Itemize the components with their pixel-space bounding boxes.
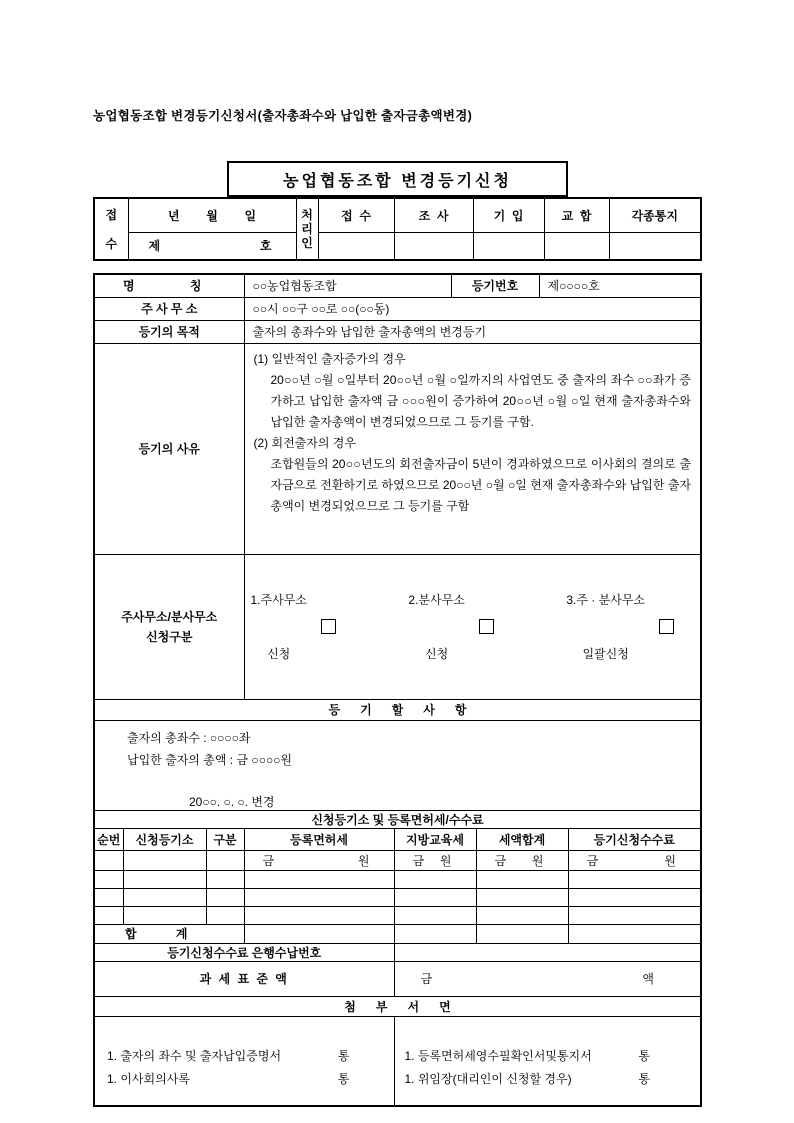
fee-col-tax-total: 세액합계 bbox=[476, 828, 568, 850]
fee-section-title: 신청등기소 및 등록면허세/수수료 bbox=[94, 810, 701, 828]
form-title-box: 농업협동조합 변경등기신청 bbox=[227, 161, 568, 197]
receipt-date-cell: 년 월 일 bbox=[128, 198, 296, 232]
registration-matters-content: 출자의 총좌수 : ○○○○좌 납입한 출자의 총액 : 금 ○○○○원 20○… bbox=[94, 720, 701, 810]
stamp-receipt-blank bbox=[318, 232, 394, 260]
attachment-item: 1. 위임장(대리인이 신청할 경우) 통 bbox=[405, 1068, 651, 1091]
total-shares-line: 출자의 총좌수 : ○○○○좌 bbox=[127, 727, 700, 749]
fee-total-label: 합 계 bbox=[94, 924, 244, 943]
office-label: 주 사 무 소 bbox=[94, 297, 244, 320]
total-license-tax-blank bbox=[244, 924, 394, 943]
license-tax-unit: 금 원 bbox=[244, 850, 394, 870]
fee-col-license-tax: 등록면허세 bbox=[244, 828, 394, 850]
reason-item-1: (1) 일반적인 출자증가의 경우 20○○년 ○월 ○일부터 20○○년 ○월… bbox=[254, 349, 692, 433]
stamp-col-review: 조 사 bbox=[394, 198, 473, 232]
fee-type-blank bbox=[206, 850, 244, 870]
stamp-notices-blank bbox=[609, 232, 701, 260]
stamp-check-blank bbox=[544, 232, 609, 260]
option-main-office: 1.주사무소 신청 bbox=[251, 555, 336, 699]
attachment-item: 1. 등록면허세영수필확인서및통지서 통 bbox=[405, 1045, 651, 1068]
application-table: 명 칭 ○○농업협동조합 등기번호 제○○○○호 주 사 무 소 ○○시 ○○구… bbox=[93, 273, 702, 1107]
option-both-offices: 3.주 · 분사무소 일괄신청 bbox=[566, 555, 674, 699]
handler-vertical-label: 처 리 인 bbox=[296, 198, 318, 260]
fee-empty-row bbox=[94, 870, 701, 888]
attachments-header: 첨 부 서 면 bbox=[94, 996, 701, 1016]
application-fee-unit: 금 원 bbox=[568, 850, 701, 870]
registration-matters-header: 등 기 할 사 항 bbox=[94, 699, 701, 720]
change-date-line: 20○○. ○. ○. 변경 bbox=[189, 793, 700, 810]
stamp-col-entry: 기 입 bbox=[473, 198, 544, 232]
paid-amount-line: 납입한 출자의 총액 : 금 ○○○○원 bbox=[127, 749, 700, 771]
fee-empty-row bbox=[94, 906, 701, 924]
stamp-review-blank bbox=[394, 232, 473, 260]
checkbox-main-office[interactable] bbox=[321, 619, 336, 634]
office-type-label: 주사무소/분사무소 신청구분 bbox=[94, 554, 244, 699]
receipt-stamp-table: 접 수 년 월 일 처 리 인 접 수 조 사 기 입 교 합 각종통지 제 호 bbox=[93, 197, 702, 261]
purpose-label: 등기의 목적 bbox=[94, 320, 244, 343]
fee-col-edu-tax: 지방교육세 bbox=[394, 828, 476, 850]
tax-total-unit: 금 원 bbox=[476, 850, 568, 870]
fee-no-blank bbox=[94, 850, 123, 870]
total-edu-tax-blank bbox=[394, 924, 476, 943]
attachments-left: 1. 출자의 좌수 및 출자납입증명서 통 1. 이사회의사록 통 bbox=[94, 1016, 394, 1106]
checkbox-both-offices[interactable] bbox=[659, 619, 674, 634]
edu-tax-unit: 금 원 bbox=[394, 850, 476, 870]
name-label: 명 칭 bbox=[94, 274, 244, 297]
fee-col-type: 구분 bbox=[206, 828, 244, 850]
regno-label: 등기번호 bbox=[451, 274, 539, 297]
stamp-col-check: 교 합 bbox=[544, 198, 609, 232]
total-fee-blank bbox=[568, 924, 701, 943]
name-value: ○○농업협동조합 bbox=[244, 274, 451, 297]
reason-content: (1) 일반적인 출자증가의 경우 20○○년 ○월 ○일부터 20○○년 ○월… bbox=[244, 343, 701, 554]
bank-receipt-blank bbox=[394, 943, 701, 961]
total-tax-blank bbox=[476, 924, 568, 943]
form-page: 농업협동조합 변경등기신청서(출자총좌수와 납입한 출자금총액변경) 농업협동조… bbox=[0, 0, 794, 1123]
bank-receipt-label: 등기신청수수료 은행수납번호 bbox=[94, 943, 394, 961]
office-type-options: 1.주사무소 신청 2.분사무소 신청 3. bbox=[244, 554, 701, 699]
receipt-vertical-label: 접 수 bbox=[94, 198, 128, 260]
document-title: 농업협동조합 변경등기신청서(출자총좌수와 납입한 출자금총액변경) bbox=[93, 106, 472, 124]
office-value: ○○시 ○○구 ○○로 ○○(○○동) bbox=[244, 297, 701, 320]
attachment-item: 1. 출자의 좌수 및 출자납입증명서 통 bbox=[107, 1045, 350, 1068]
fee-col-application-fee: 등기신청수수료 bbox=[568, 828, 701, 850]
fee-registry-blank bbox=[123, 850, 206, 870]
fee-col-no: 순번 bbox=[94, 828, 123, 850]
stamp-col-receipt: 접 수 bbox=[318, 198, 394, 232]
attachments-right: 1. 등록면허세영수필확인서및통지서 통 1. 위임장(대리인이 신청할 경우)… bbox=[394, 1016, 701, 1106]
checkbox-branch-office[interactable] bbox=[479, 619, 494, 634]
purpose-value: 출자의 총좌수와 납입한 출자총액의 변경등기 bbox=[244, 320, 701, 343]
tax-base-label: 과 세 표 준 액 bbox=[94, 961, 394, 996]
receipt-number-cell: 제 호 bbox=[128, 232, 296, 260]
fee-empty-row bbox=[94, 888, 701, 906]
fee-col-registry: 신청등기소 bbox=[123, 828, 206, 850]
option-branch-office: 2.분사무소 신청 bbox=[408, 555, 493, 699]
regno-value: 제○○○○호 bbox=[539, 274, 701, 297]
tax-base-value: 금 액 bbox=[394, 961, 701, 996]
attachment-item: 1. 이사회의사록 통 bbox=[107, 1068, 350, 1091]
stamp-entry-blank bbox=[473, 232, 544, 260]
stamp-col-notices: 각종통지 bbox=[609, 198, 701, 232]
reason-item-2: (2) 회전출자의 경우 조합원들의 20○○년도의 회전출자금이 5년이 경과… bbox=[254, 433, 692, 517]
reason-label: 등기의 사유 bbox=[94, 343, 244, 554]
